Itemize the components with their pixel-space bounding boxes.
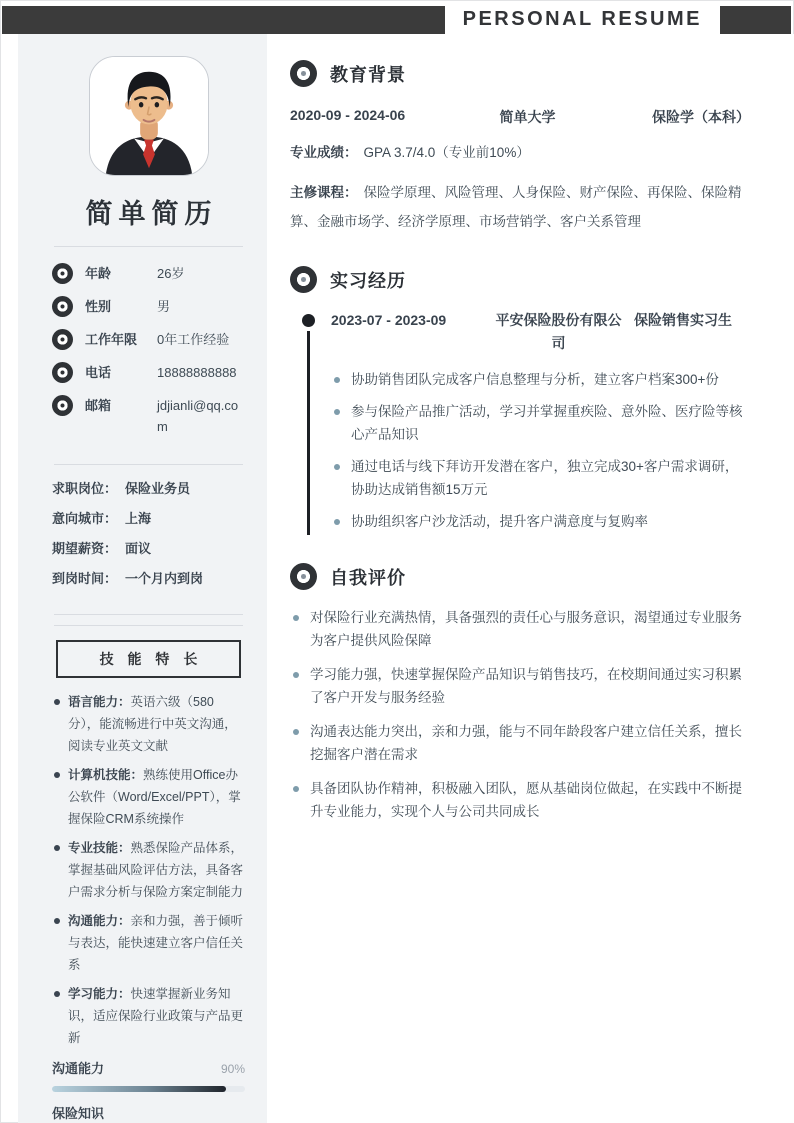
progress-fill [52,1086,226,1092]
info-label: 工作年限 [85,329,157,350]
intent-label: 到岗时间： [52,569,117,589]
avatar [89,56,209,176]
intent-label: 意向城市： [52,509,117,529]
evaluation-bullet: 沟通表达能力突出，亲和力强，能与不同年龄段客户建立信任关系，擅长挖掘客户潜在需求 [290,720,750,766]
info-value: 18888888888 [157,362,245,383]
progress-track [52,1086,245,1092]
internship-role: 保险销售实习生 [634,309,750,355]
evaluation-bullet: 对保险行业充满热情，具备强烈的责任心与服务意识，渴望通过专业服务为客户提供风险保… [290,606,750,652]
evaluation-bullet: 具备团队协作精神，积极融入团队，愿从基础岗位做起，在实践中不断提升专业能力，实现… [290,777,750,823]
internship-entry: 2023-07 - 2023-09 平安保险股份有限公司 保险销售实习生 协助销… [302,309,750,533]
intent-label: 期望薪资： [52,539,117,559]
donut-dot-icon [52,395,73,416]
info-row-experience: 工作年限 0年工作经验 [52,329,245,350]
info-row-phone: 电话 18888888888 [52,362,245,383]
internship-bullet: 参与保险产品推广活动，学习并掌握重疾险、意外险、医疗险等核心产品知识 [331,400,750,446]
self-evaluation-section: 自我评价 对保险行业充满热情，具备强烈的责任心与服务意识，渴望通过专业服务为客户… [290,563,750,823]
resume-title: 简单简历 [52,192,245,231]
resume-page: PERSONAL RESUME 简单简 [0,0,794,1123]
divider [54,464,243,465]
skill-progress: 沟通能力 90% 保险知识 [52,1060,245,1123]
info-value: jdjianli@qq.com [157,395,245,437]
education-section: 教育背景 2020-09 - 2024-06 简单大学 保险学（本科） 专业成绩… [290,60,750,236]
donut-dot-icon [52,329,73,350]
sidebar: 简单简历 年龄 26岁 性别 男 工作年限 0年工作经验 电话 18888888 [18,34,267,1123]
gpa-row: 专业成绩：GPA 3.7/4.0（专业前10%） [290,138,750,167]
skill-item-communication: 沟通能力：亲和力强，善于倾听与表达，能快速建立客户信任关系 [52,910,245,976]
section-title: 自我评价 [330,564,406,590]
info-value: 0年工作经验 [157,329,245,350]
intent-value: 面议 [125,539,151,559]
progress-percent: 90% [221,1060,245,1078]
avatar-portrait-icon [90,57,208,175]
job-intent-list: 求职岗位： 保险业务员 意向城市： 上海 期望薪资： 面议 到岗时间： 一个月内… [52,479,245,599]
courses-row: 主修课程：保险学原理、风险管理、人身保险、财产保险、再保险、保险精算、金融市场学… [290,178,750,236]
intent-row-position: 求职岗位： 保险业务员 [52,479,245,499]
donut-dot-icon [52,263,73,284]
intent-value: 一个月内到岗 [125,569,203,589]
education-school: 简单大学 [455,107,600,127]
donut-dot-icon [290,60,317,87]
donut-dot-icon [290,563,317,590]
section-title: 教育背景 [330,61,406,87]
skills-list: 语言能力：英语六级（580分），能流畅进行中英文沟通，阅读专业英文文献 计算机技… [52,691,245,1060]
progress-label: 沟通能力 [52,1060,104,1078]
section-title: 实习经历 [330,267,406,293]
donut-dot-icon [52,296,73,317]
internship-bullet-list: 协助销售团队完成客户信息整理与分析，建立客户档案300+份 参与保险产品推广活动… [331,368,750,533]
internship-section: 实习经历 2023-07 - 2023-09 平安保险股份有限公司 保险销售实习… [290,266,750,533]
divider [54,246,243,247]
info-value: 26岁 [157,263,245,284]
education-meta-row: 2020-09 - 2024-06 简单大学 保险学（本科） [290,107,750,127]
info-row-email: 邮箱 jdjianli@qq.com [52,395,245,437]
divider [54,625,243,626]
skills-section-header: 技 能 特 长 [56,640,241,678]
section-header: 实习经历 [290,266,750,293]
info-label: 邮箱 [85,395,157,416]
skill-label: 计算机技能： [68,768,143,782]
skill-item-computer: 计算机技能：熟练使用Office办公软件（Word/Excel/PPT），掌握保… [52,764,245,830]
progress-row: 沟通能力 90% [52,1060,245,1078]
courses-label: 主修课程： [290,185,358,200]
intent-value: 上海 [125,509,151,529]
skill-item-language: 语言能力：英语六级（580分），能流畅进行中英文沟通，阅读专业英文文献 [52,691,245,757]
basic-info-list: 年龄 26岁 性别 男 工作年限 0年工作经验 电话 18888888888 邮… [52,263,245,449]
section-header: 教育背景 [290,60,750,87]
page-banner: PERSONAL RESUME [445,1,720,38]
skill-item-learning: 学习能力：快速掌握新业务知识，适应保险行业政策与产品更新 [52,983,245,1049]
evaluation-bullet-list: 对保险行业充满热情，具备强烈的责任心与服务意识，渴望通过专业服务为客户提供风险保… [290,606,750,823]
skill-label: 专业技能： [68,841,131,855]
intent-row-city: 意向城市： 上海 [52,509,245,529]
main-content: 教育背景 2020-09 - 2024-06 简单大学 保险学（本科） 专业成绩… [267,34,794,1123]
skill-label: 学习能力： [68,987,131,1001]
education-period: 2020-09 - 2024-06 [290,107,455,127]
internship-bullet: 协助组织客户沙龙活动，提升客户满意度与复购率 [331,510,750,533]
section-header: 自我评价 [290,563,750,590]
internship-period: 2023-07 - 2023-09 [331,309,483,355]
skill-label: 沟通能力： [68,914,131,928]
intent-row-salary: 期望薪资： 面议 [52,539,245,559]
progress-label-clipped: 保险知识 [52,1105,245,1123]
gpa-label: 专业成绩： [290,145,358,160]
info-label: 性别 [85,296,157,317]
info-label: 年龄 [85,263,157,284]
education-major: 保险学（本科） [600,107,750,127]
intent-row-availability: 到岗时间： 一个月内到岗 [52,569,245,589]
internship-meta-row: 2023-07 - 2023-09 平安保险股份有限公司 保险销售实习生 [331,309,750,355]
internship-bullet: 协助销售团队完成客户信息整理与分析，建立客户档案300+份 [331,368,750,391]
info-row-age: 年龄 26岁 [52,263,245,284]
intent-value: 保险业务员 [125,479,190,499]
info-value: 男 [157,296,245,317]
skill-label: 语言能力： [68,695,131,709]
skill-item-professional: 专业技能：熟悉保险产品体系，掌握基础风险评估方法，具备客户需求分析与保险方案定制… [52,837,245,903]
page-banner-title: PERSONAL RESUME [463,8,702,31]
evaluation-bullet: 学习能力强，快速掌握保险产品知识与销售技巧，在校期间通过实习积累了客户开发与服务… [290,663,750,709]
donut-dot-icon [290,266,317,293]
divider [54,614,243,615]
donut-dot-icon [52,362,73,383]
internship-bullet: 通过电话与线下拜访开发潜在客户，独立完成30+客户需求调研，协助达成销售额15万… [331,455,750,501]
info-label: 电话 [85,362,157,383]
intent-label: 求职岗位： [52,479,117,499]
gpa-value: GPA 3.7/4.0（专业前10%） [364,145,530,160]
internship-company: 平安保险股份有限公司 [483,309,634,355]
info-row-gender: 性别 男 [52,296,245,317]
